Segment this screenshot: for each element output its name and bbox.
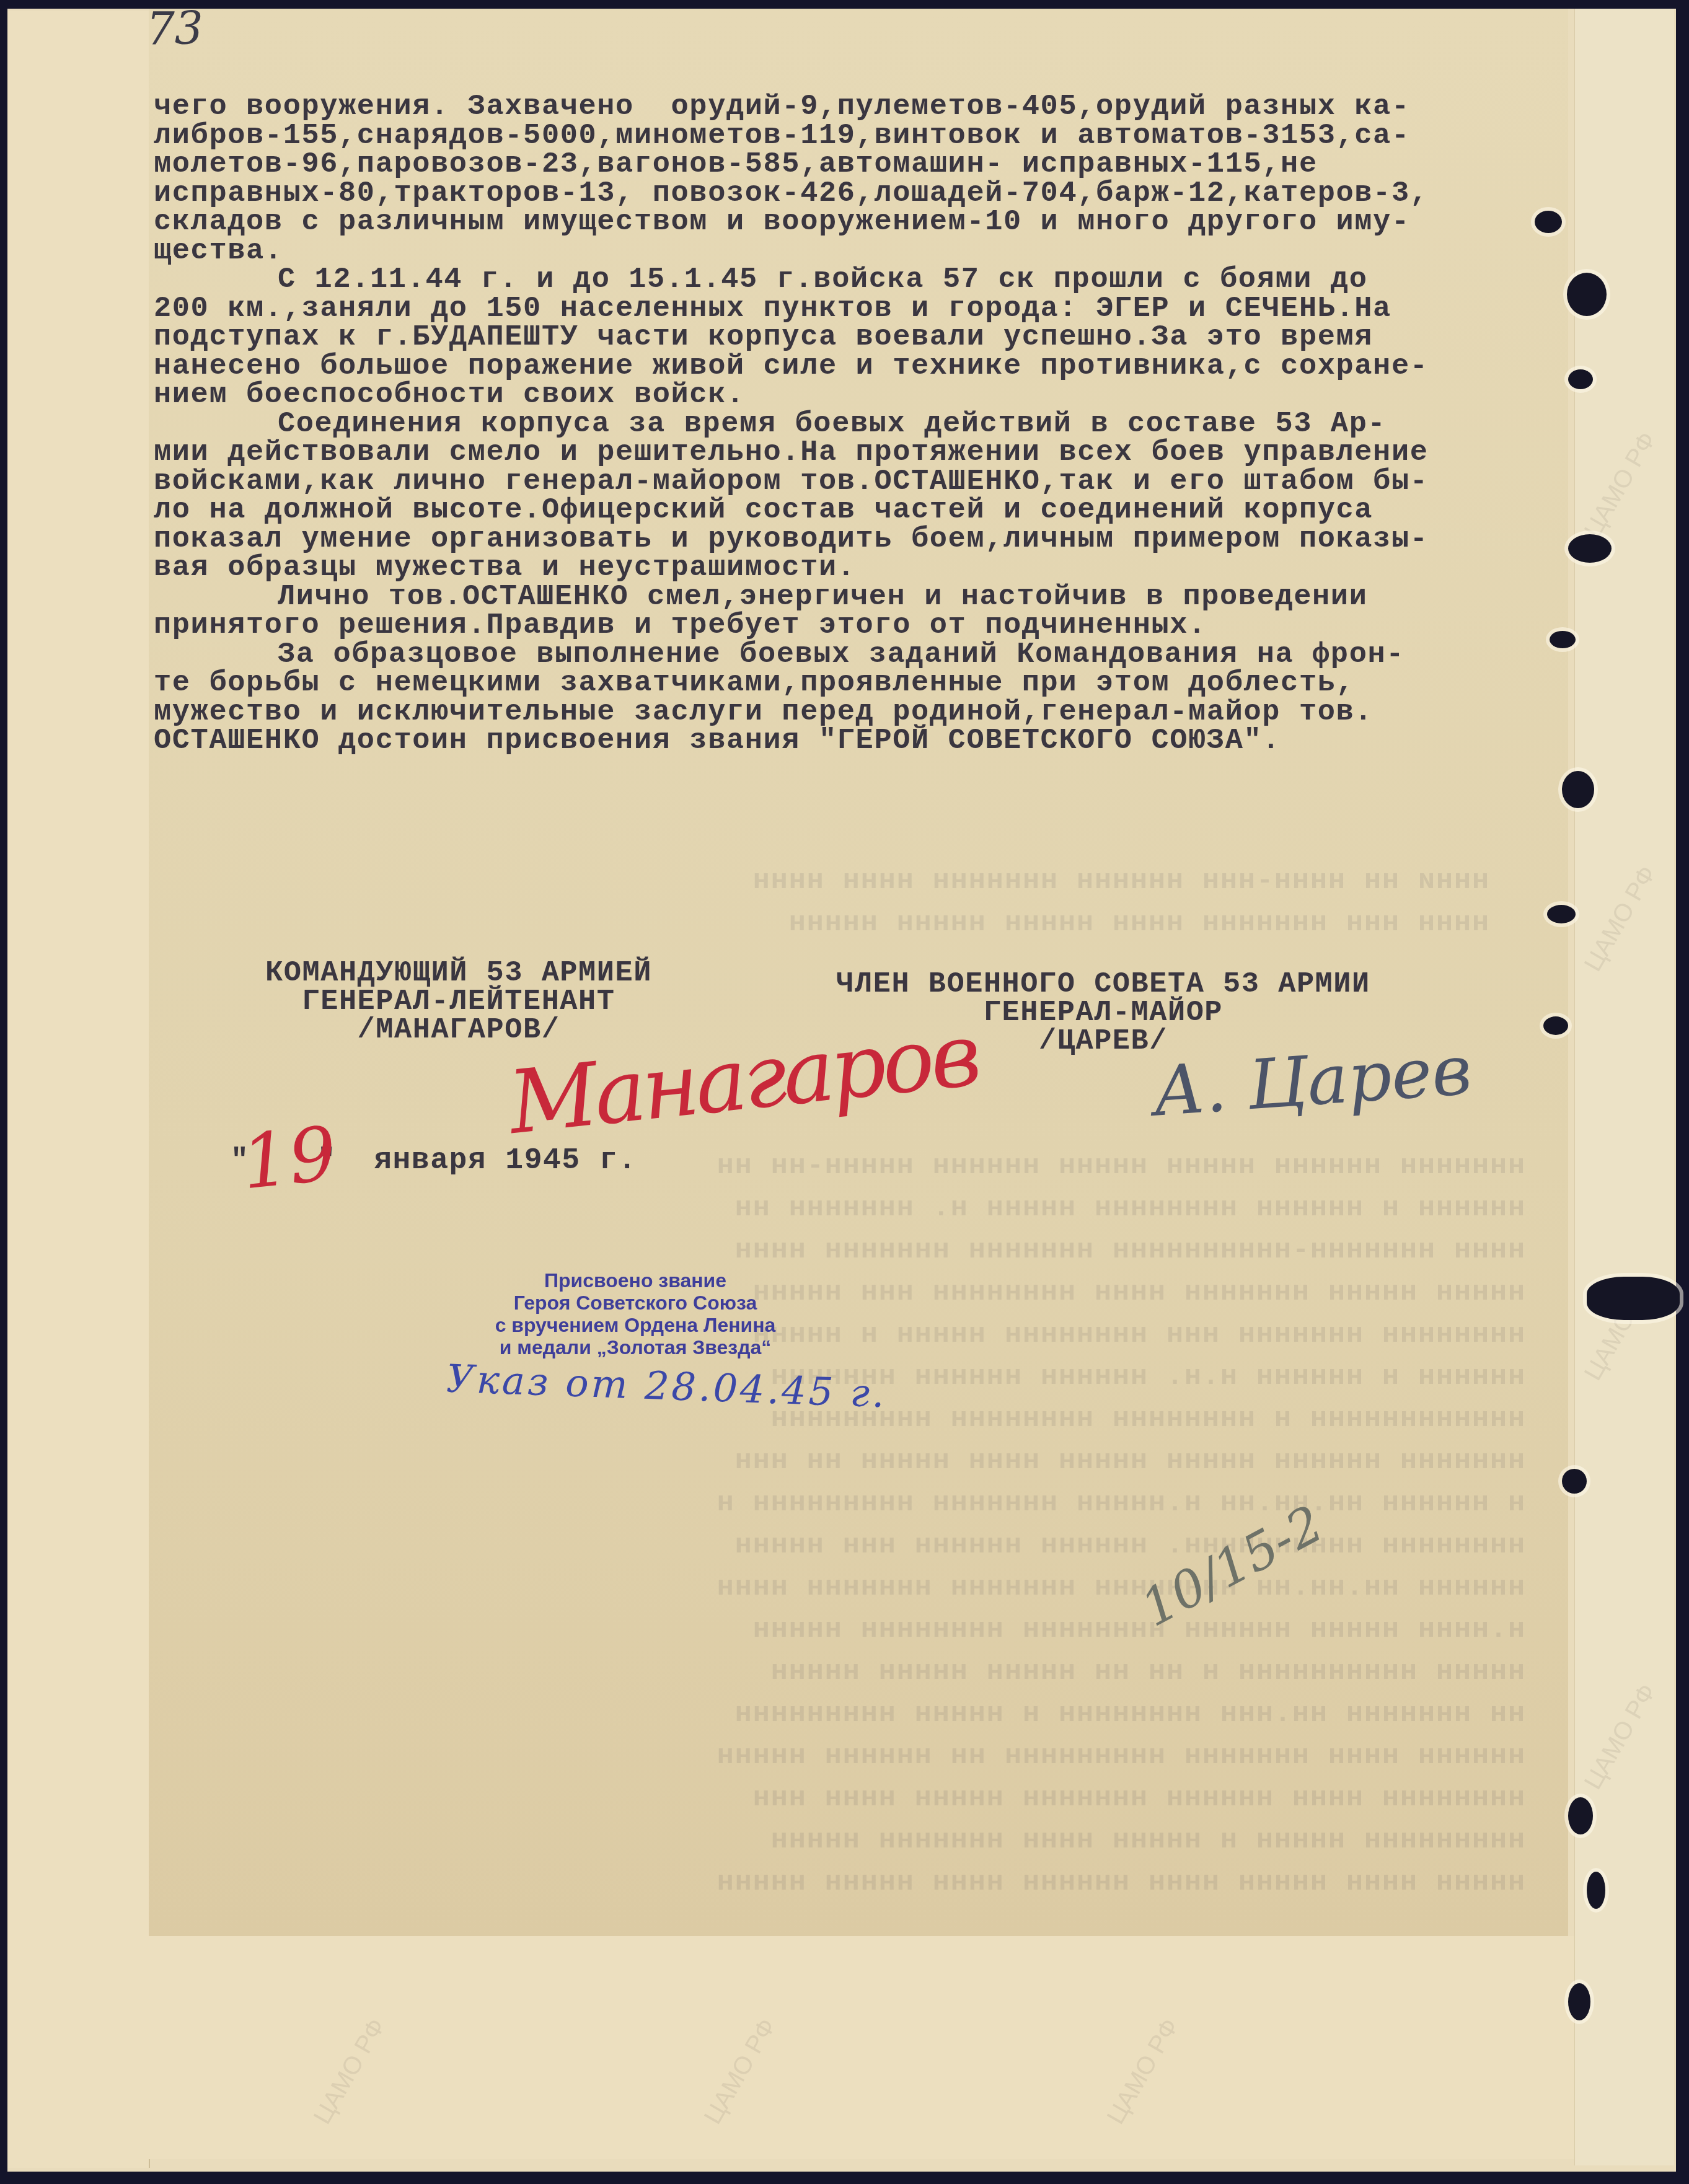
punch-hole (1535, 211, 1562, 233)
text-line: либров-155,снарядов-5000,минометов-119,в… (154, 122, 1493, 151)
text-line: щества. (154, 237, 1493, 266)
text-line: чего вооружения. Захвачено орудий-9,пуле… (154, 93, 1493, 122)
text-line: ло на должной высоте.Офицерский состав ч… (154, 496, 1493, 526)
handwritten-date-day: 19 (237, 1111, 340, 1206)
punch-hole (1543, 1016, 1568, 1035)
stamp-line: Присвоено звание (434, 1269, 837, 1292)
text-line: Соединения корпуса за время боевых дейст… (154, 410, 1493, 439)
punch-hole (1587, 1277, 1680, 1320)
text-line: нием боеспособности своих войск. (154, 381, 1493, 410)
stamp-line: и медали „Золотая Звезда“ (434, 1336, 837, 1358)
text-line: молетов-96,паровозов-23,вагонов-585,авто… (154, 151, 1493, 180)
text-line: те борьбы с немецкими захватчиками,прояв… (154, 669, 1493, 698)
signatory-title: КОМАНДУЮЩИЙ 53 АРМИЕЙ (242, 959, 676, 988)
punch-hole (1587, 1872, 1605, 1909)
punch-hole (1568, 1983, 1590, 2020)
signatory-title: ЧЛЕН ВОЕННОГО СОВЕТА 53 АРМИИ (806, 971, 1401, 999)
paragraph-personal-qualities: Лично тов.ОСТАШЕНКО смел,энергичен и нас… (154, 583, 1493, 641)
text-line: вая образцы мужества и неустрашимости. (154, 554, 1493, 583)
text-line: показал умение организовать и руководить… (154, 526, 1493, 555)
punch-hole (1568, 534, 1612, 563)
punch-hole (1568, 369, 1593, 389)
text-line: складов с различным имуществом и вооруже… (154, 208, 1493, 237)
text-line: С 12.11.44 г. и до 15.1.45 г.войска 57 с… (154, 266, 1493, 295)
stamp-line: Героя Советского Союза (434, 1292, 837, 1314)
paragraph-command-assessment: Соединения корпуса за время боевых дейст… (154, 410, 1493, 583)
text-line: мии действовали смело и решительно.На пр… (154, 439, 1493, 468)
signature-block-commander: КОМАНДУЮЩИЙ 53 АРМИЕЙ ГЕНЕРАЛ-ЛЕЙТЕНАНТ … (242, 959, 676, 1045)
punch-hole (1562, 1469, 1587, 1494)
signatory-name: /МАНАГАРОВ/ (242, 1016, 676, 1045)
stamp-line: с вручением Ордена Ленина (434, 1314, 837, 1336)
paragraph-captured-equipment: чего вооружения. Захвачено орудий-9,пуле… (154, 93, 1493, 266)
page-number: 73 (146, 2, 203, 55)
text-line: мужество и исключительные заслуги перед … (154, 698, 1493, 728)
right-margin-strip (1574, 9, 1674, 2165)
bleed-through-text: ннннннн нннннн ннннн ннннн нннннн ннннн-… (161, 1103, 1525, 1909)
document-body: чего вооружения. Захвачено орудий-9,пуле… (154, 93, 1493, 756)
text-line: принятого решения.Правдив и требует этог… (154, 612, 1493, 641)
text-line: нанесено большое поражение живой силе и … (154, 353, 1493, 382)
punch-hole (1568, 1797, 1593, 1834)
punch-hole (1562, 771, 1594, 808)
bleed-through-text: ннни нн нннн-ннн нннннн ннннннн нннн ннн… (161, 818, 1525, 944)
text-line: ОСТАШЕНКО достоин присвоения звания "ГЕР… (154, 727, 1493, 756)
punch-hole (1567, 273, 1607, 316)
text-line: войсками,как лично генерал-майором тов.О… (154, 468, 1493, 497)
text-line: За образцовое выполнение боевых заданий … (154, 641, 1493, 670)
left-margin-strip (7, 11, 150, 2168)
date-month-year: " января 1945 г. (317, 1144, 637, 1178)
paragraph-campaign-summary: С 12.11.44 г. и до 15.1.45 г.войска 57 с… (154, 266, 1493, 410)
text-line: подступах к г.БУДАПЕШТУ части корпуса во… (154, 324, 1493, 353)
text-line: 200 км.,заняли до 150 населенных пунктов… (154, 295, 1493, 324)
text-line: исправных-80,тракторов-13, повозок-426,л… (154, 180, 1493, 209)
paragraph-recommendation: За образцовое выполнение боевых заданий … (154, 641, 1493, 756)
punch-hole (1547, 905, 1576, 923)
signatory-rank: ГЕНЕРАЛ-ЛЕЙТЕНАНТ (242, 988, 676, 1016)
text-line: Лично тов.ОСТАШЕНКО смел,энергичен и нас… (154, 583, 1493, 612)
award-stamp: Присвоено звание Героя Советского Союза … (434, 1269, 837, 1358)
punch-hole (1550, 631, 1576, 648)
